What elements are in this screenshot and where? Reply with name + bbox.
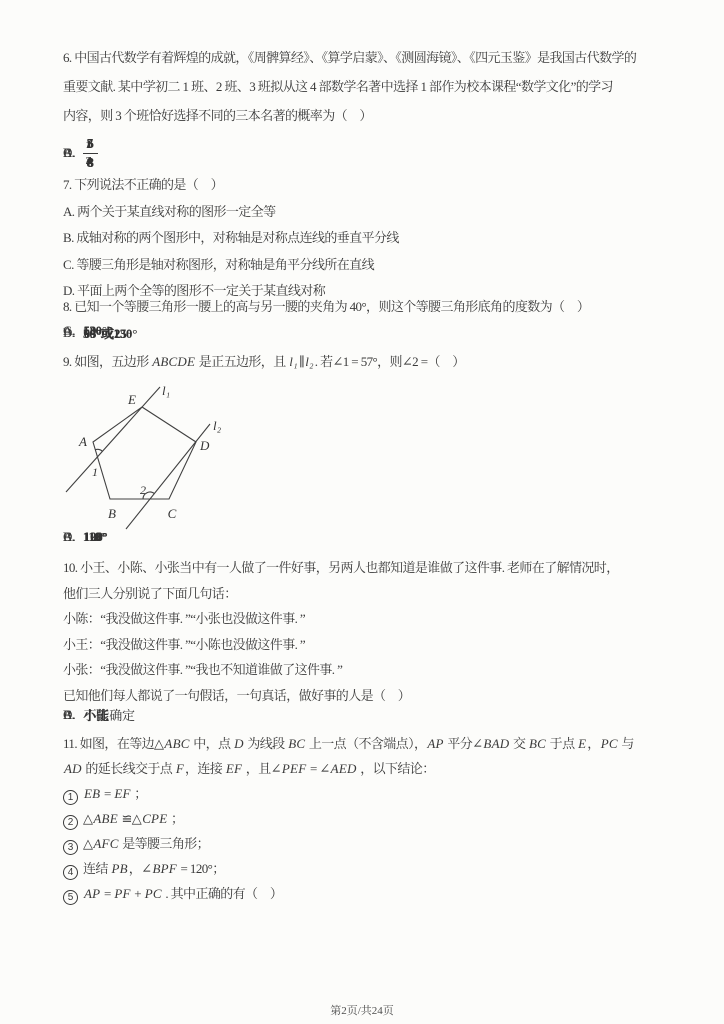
question-11-stem-line-1: 11. 如图，在等边△ABC 中，点 D 为线段 BC 上一点（不含端点），AP… xyxy=(63,731,711,756)
question-6: 6. 中国古代数学有着辉煌的成就，《周髀算经》、《算学启蒙》、《测圆海镜》、《四… xyxy=(63,44,711,130)
option-d: D.129° xyxy=(63,529,108,545)
circled-5: 5 xyxy=(63,890,78,905)
circled-1: 1 xyxy=(63,790,78,805)
question-7-option-c: C. 等腰三角形是轴对称图形，对称轴是角平分线所在直线 xyxy=(63,252,711,279)
angle-2-label: 2 xyxy=(140,483,146,497)
question-7-option-b: B. 成轴对称的两个图形中，对称轴是对称点连线的垂直平分线 xyxy=(63,225,711,252)
question-7-stem: 7. 下列说法不正确的是（ ） xyxy=(63,172,711,199)
question-6-line-2: 重要文献. 某中学初二 1 班、2 班、3 班拟从这 4 部数学名著中选择 1 … xyxy=(63,73,711,102)
circled-4: 4 xyxy=(63,865,78,880)
question-10-statement-wang: 小王：“我没做这件事. ”“小陈也没做这件事. ” xyxy=(63,632,711,658)
option-d: D.不能确定 xyxy=(63,705,135,724)
question-6-line-3: 内容，则 3 个班恰好选择不同的三本名著的概率为（ ） xyxy=(63,102,711,131)
question-9: 9. 如图，五边形 ABCDE 是正五边形，且 l₁∥l₂. 若∠1 = 57°… xyxy=(63,351,711,370)
page-number: 第2页/共24页 xyxy=(0,1002,724,1018)
option-d: D. 5 8 xyxy=(63,130,98,176)
question-10-statement-zhang: 小张：“我没做这件事. ”“我也不知道谁做了这件事. ” xyxy=(63,657,711,683)
question-10-options: A.小王 B.小陈 C.小张 D.不能确定 xyxy=(63,705,703,733)
question-11-item-4: 4连结 PB，∠BPF = 120°； xyxy=(63,856,711,881)
fraction-5-8: 5 8 xyxy=(84,137,98,169)
exam-page: 6. 中国古代数学有着辉煌的成就，《周髀算经》、《算学启蒙》、《测圆海镜》、《四… xyxy=(0,0,724,1024)
question-11-item-2: 2△ABE ≌△CPE ； xyxy=(63,806,711,831)
question-9-options: A.108° B.110° C.119° D.129° xyxy=(63,529,703,557)
question-11-item-1: 1EB = EF ； xyxy=(63,781,711,806)
fraction-bar xyxy=(84,153,98,154)
option-d: D.65°或25° xyxy=(63,323,132,342)
question-11-item-5: 5AP = PF + PC . 其中正确的有（ ） xyxy=(63,881,711,906)
question-10-line-1: 10. 小王、小陈、小张当中有一人做了一件好事，另两人也都知道是谁做了这件事. … xyxy=(63,555,711,581)
question-7-option-a: A. 两个关于某直线对称的图形一定全等 xyxy=(63,199,711,226)
question-7: 7. 下列说法不正确的是（ ） A. 两个关于某直线对称的图形一定全等 B. 成… xyxy=(63,172,711,305)
question-10: 10. 小王、小陈、小张当中有一人做了一件好事，另两人也都知道是谁做了这件事. … xyxy=(63,555,711,709)
vertex-label-e: E xyxy=(127,392,136,407)
question-10-statement-chen: 小陈：“我没做这件事. ”“小张也没做这件事. ” xyxy=(63,606,711,632)
question-8-options: A.50° B.50°或130° C.130° D.65°或25° xyxy=(63,323,703,351)
option-d-label: D. xyxy=(63,145,76,161)
question-10-line-2: 他们三人分别说了下面几句话： xyxy=(63,581,711,607)
line-label-l1: l₁ xyxy=(162,384,170,398)
question-11-stem-line-2: AD 的延长线交于点 F，连接 EF ，且∠PEF = ∠AED ，以下结论： xyxy=(63,756,711,781)
question-8: 8. 已知一个等腰三角形一腰上的高与另一腰的夹角为 40°，则这个等腰三角形底角… xyxy=(63,296,711,315)
pentagon-figure: E l₁ A D l₂ 1 2 B C xyxy=(56,384,226,540)
angle-1-label: 1 xyxy=(92,465,98,479)
vertex-label-b: B xyxy=(108,506,116,521)
line-label-l2: l₂ xyxy=(213,418,222,433)
vertex-label-d: D xyxy=(199,438,210,453)
question-6-line-1: 6. 中国古代数学有着辉煌的成就，《周髀算经》、《算学启蒙》、《测圆海镜》、《四… xyxy=(63,44,711,73)
question-6-options: A. 1 4 B. 3 8 C. 1 2 D. xyxy=(63,130,703,176)
circled-2: 2 xyxy=(63,815,78,830)
angle-1-arc xyxy=(95,449,102,451)
question-11-item-3: 3△AFC 是等腰三角形； xyxy=(63,831,711,856)
vertex-label-a: A xyxy=(78,434,87,449)
question-9-stem: 9. 如图，五边形 ABCDE 是正五边形，且 l₁∥l₂. 若∠1 = 57°… xyxy=(63,351,711,370)
circled-3: 3 xyxy=(63,840,78,855)
question-11: 11. 如图，在等边△ABC 中，点 D 为线段 BC 上一点（不含端点），AP… xyxy=(63,731,711,906)
question-8-stem: 8. 已知一个等腰三角形一腰上的高与另一腰的夹角为 40°，则这个等腰三角形底角… xyxy=(63,296,711,315)
vertex-label-c: C xyxy=(168,506,177,521)
